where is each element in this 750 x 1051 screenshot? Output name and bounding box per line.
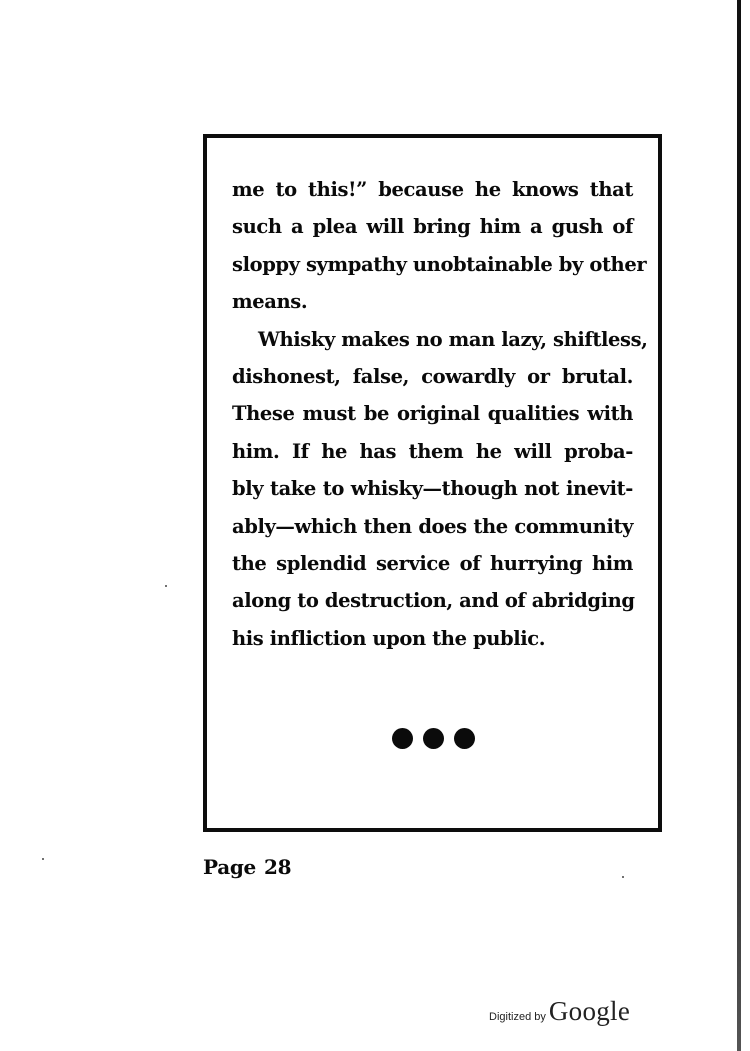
text-line: means. bbox=[232, 283, 633, 320]
text-frame: me to this!” because he knows that such … bbox=[203, 134, 662, 832]
dot-icon bbox=[454, 728, 475, 749]
page-edge-line bbox=[737, 0, 741, 1051]
text-line: him. If he has them he will proba- bbox=[232, 433, 633, 470]
paragraph-2: Whisky makes no man lazy, shiftless, dis… bbox=[232, 321, 633, 658]
dot-icon bbox=[392, 728, 413, 749]
text-line: These must be original qualities with bbox=[232, 395, 633, 432]
text-line: sloppy sympathy unobtainable by other bbox=[232, 246, 633, 283]
text-line: ably—which then does the community bbox=[232, 508, 633, 545]
text-line: me to this!” because he knows that bbox=[232, 171, 633, 208]
text-line: Whisky makes no man lazy, shiftless, bbox=[232, 321, 633, 358]
page-number-value: 28 bbox=[264, 855, 291, 879]
paragraph-1: me to this!” because he knows that such … bbox=[232, 171, 633, 321]
text-line: such a plea will bring him a gush of bbox=[232, 208, 633, 245]
body-text: me to this!” because he knows that such … bbox=[232, 171, 633, 657]
scan-speck bbox=[622, 876, 624, 878]
scan-speck bbox=[42, 858, 44, 860]
dot-icon bbox=[423, 728, 444, 749]
google-logo: Google bbox=[549, 996, 630, 1027]
text-line: dishonest, false, cowardly or brutal. bbox=[232, 358, 633, 395]
text-line: bly take to whisky—though not inevit- bbox=[232, 470, 633, 507]
text-line: his infliction upon the public. bbox=[232, 620, 633, 657]
digitized-watermark: Digitized by Google bbox=[489, 996, 630, 1027]
ornament-dots-icon bbox=[392, 728, 475, 749]
text-line: along to destruction, and of abridging bbox=[232, 582, 633, 619]
page-number: Page28 bbox=[203, 855, 291, 879]
watermark-prefix: Digitized by bbox=[489, 1011, 546, 1023]
text-line: the splendid service of hurrying him bbox=[232, 545, 633, 582]
page-label: Page bbox=[203, 855, 256, 879]
scan-speck bbox=[165, 585, 167, 587]
